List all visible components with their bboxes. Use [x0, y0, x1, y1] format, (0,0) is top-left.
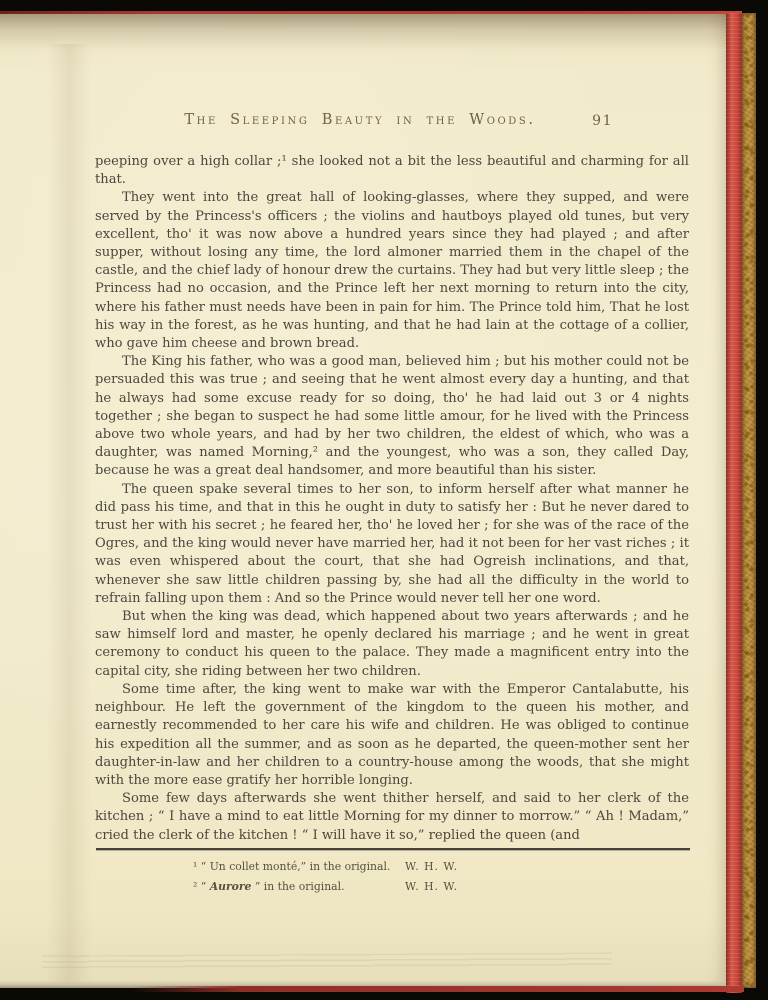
running-title: The Sleeping Beauty in the Woods. [95, 112, 625, 128]
red-page-edge-bottom [130, 986, 744, 992]
page-stack-edge [42, 953, 612, 972]
page-curve-shadow [46, 44, 92, 984]
footnote-text: ” in the original. [251, 880, 344, 893]
footnote-initials: W. H. W. [405, 877, 458, 897]
footnote-text: ¹ “ Un collet monté,” in the original. [193, 860, 390, 873]
footnote-italic: Aurore [210, 880, 252, 893]
page-header: The Sleeping Beauty in the Woods. 91 [95, 112, 689, 136]
footnote-initials: W. H. W. [405, 857, 458, 877]
body-paragraph: peeping over a high collar ;¹ she looked… [95, 153, 689, 189]
page-number: 91 [592, 113, 613, 129]
footnote-row: ² “ Aurore ” in the original. W. H. W. [193, 877, 613, 897]
red-page-edge-right [726, 13, 742, 993]
gilt-endpaper-strip [742, 13, 756, 988]
body-paragraph: The King his father, who was a good man,… [95, 353, 689, 480]
page-body: peeping over a high collar ;¹ she looked… [95, 153, 689, 846]
book-page: The Sleeping Beauty in the Woods. 91 pee… [0, 14, 726, 988]
body-paragraph: Some time after, the king went to make w… [95, 681, 689, 790]
body-paragraph: Some few days afterwards she went thithe… [95, 790, 689, 845]
footnote-row: ¹ “ Un collet monté,” in the original. W… [193, 857, 613, 877]
body-paragraph: They went into the great hall of looking… [95, 189, 689, 353]
footnotes: ¹ “ Un collet monté,” in the original. W… [193, 857, 613, 897]
footnote-text: ² “ [193, 880, 210, 893]
body-paragraph: The queen spake several times to her son… [95, 481, 689, 608]
footnote-divider [96, 848, 690, 850]
book-scan-background: The Sleeping Beauty in the Woods. 91 pee… [0, 0, 768, 1000]
body-paragraph: But when the king was dead, which happen… [95, 608, 689, 681]
